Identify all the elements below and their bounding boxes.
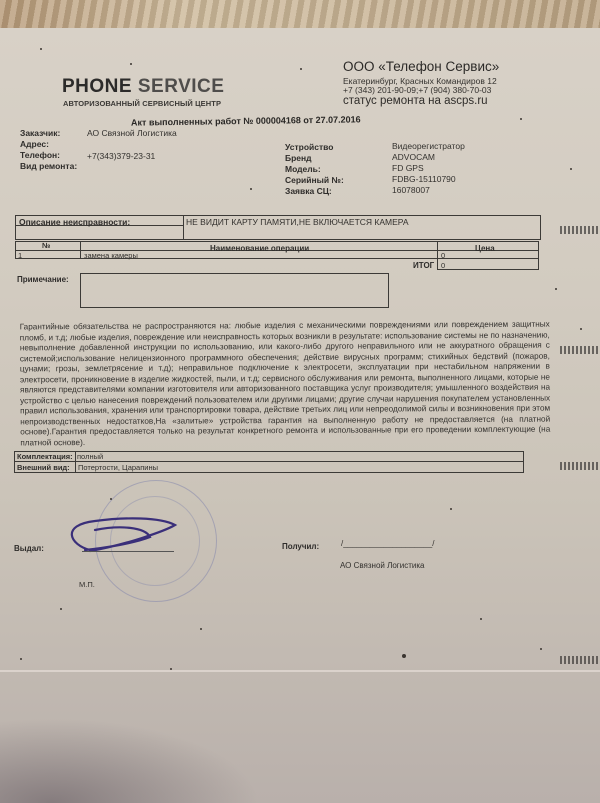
issued-by-label: Выдал: [14, 544, 44, 553]
customer-label: Заказчик: [20, 128, 60, 138]
logo: PHONE SERVICE [62, 76, 224, 98]
model-value: FD GPS [392, 163, 424, 173]
company-phones: +7 (343) 201-90-09;+7 (904) 380-70-03 [343, 85, 491, 95]
act-title: Акт выполненных работ № 000004168 от 27.… [131, 114, 361, 127]
row-1-operation: замена камеры [84, 251, 138, 260]
appearance-value: Потертости, Царапины [78, 463, 158, 472]
toner-smear [560, 462, 600, 470]
total-label: ИТОГ [413, 261, 434, 270]
toner-smear [560, 226, 600, 234]
document-sheet: PHONE SERVICE АВТОРИЗОВАННЫЙ СЕРВИСНЫЙ Ц… [0, 28, 600, 803]
phone-label: Телефон: [20, 150, 60, 160]
total-value: 0 [441, 261, 445, 270]
brand-label: Бренд [285, 153, 312, 163]
received-signature-line: /____________________/ [341, 539, 434, 548]
repair-type-label: Вид ремонта: [20, 161, 77, 171]
completeness-label: Комплектация: [17, 452, 73, 461]
logo-subtitle: АВТОРИЗОВАННЫЙ СЕРВИСНЫЙ ЦЕНТР [63, 99, 221, 108]
logo-word-phone: PHONE [62, 76, 132, 97]
row-1-number: 1 [18, 251, 22, 260]
stamp-placeholder-label: М.П. [79, 580, 95, 589]
issued-signature-line [82, 551, 174, 552]
row-1-price: 0 [441, 251, 445, 260]
customer-value: АО Связной Логистика [87, 128, 177, 138]
serial-value: FDBG-15110790 [392, 174, 456, 184]
paper-fold-line [0, 670, 600, 672]
fault-value: НЕ ВИДИТ КАРТУ ПАМЯТИ,НЕ ВКЛЮЧАЕТСЯ КАМЕ… [186, 217, 409, 227]
completeness-value: полный [77, 452, 103, 461]
sc-request-label: Заявка СЦ: [285, 186, 332, 196]
phone-value: +7(343)379-23-31 [87, 151, 155, 161]
appearance-label: Внешний вид: [17, 463, 70, 472]
shadow [0, 718, 260, 803]
model-label: Модель: [285, 164, 321, 174]
sc-request-value: 16078007 [392, 185, 430, 195]
warranty-terms: Гарантийные обязательства не распростран… [20, 320, 551, 449]
col-operation-header: Наименование операции [210, 244, 309, 253]
address-label: Адрес: [20, 139, 49, 149]
status-website: статус ремонта на ascps.ru [343, 95, 488, 107]
received-org: АО Связной Логистика [340, 561, 424, 570]
device-value: Видеорегистратор [392, 141, 465, 151]
toner-smear [560, 346, 600, 354]
col-price-header: Цена [475, 244, 495, 253]
toner-smear [560, 656, 600, 664]
device-label: Устройство [285, 142, 333, 152]
serial-label: Серийный №: [285, 175, 344, 185]
note-box [80, 273, 389, 308]
company-name: ООО «Телефон Сервис» [343, 59, 499, 74]
fault-label: Описание неисправности: [19, 217, 130, 227]
received-by-label: Получил: [282, 542, 319, 551]
brand-value: ADVOCAM [392, 152, 435, 162]
note-label: Примечание: [17, 275, 69, 284]
logo-word-service: SERVICE [138, 76, 225, 97]
col-number-header: № [42, 241, 50, 250]
signature [65, 515, 185, 555]
